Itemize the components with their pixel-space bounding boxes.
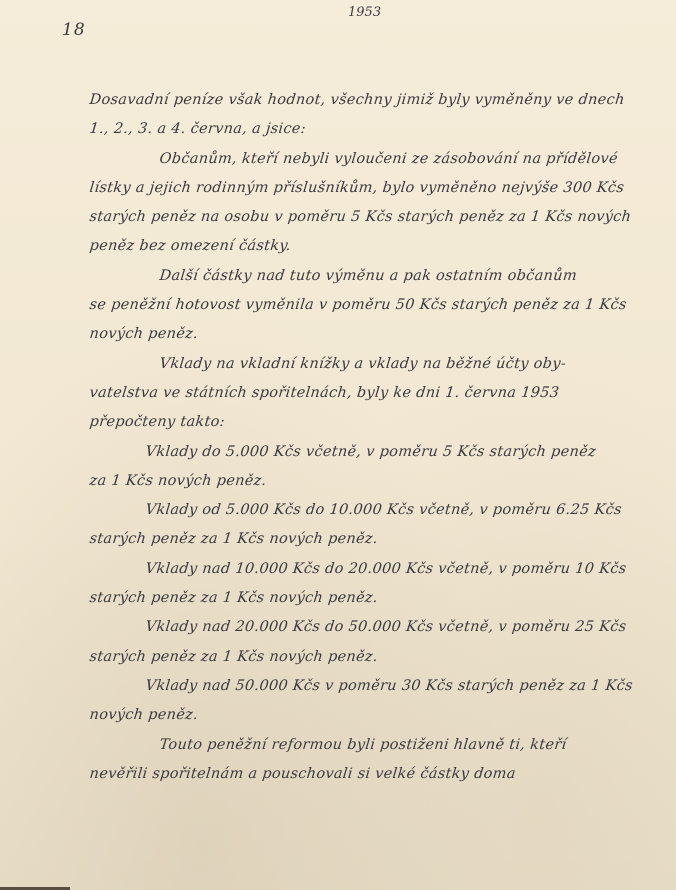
text-line: Občanům, kteří nebyli vyloučeni ze zásob… xyxy=(88,145,651,174)
text-line: peněz bez omezení částky. xyxy=(88,232,651,261)
text-line: Dosavadní peníze však hodnot, všechny ji… xyxy=(88,86,651,115)
text-line: Vklady nad 50.000 Kčs v poměru 30 Kčs st… xyxy=(88,672,651,701)
text-line: lístky a jejich rodinným příslušníkům, b… xyxy=(88,174,651,203)
text-line: starých peněz na osobu v poměru 5 Kčs st… xyxy=(88,203,651,232)
text-line: za 1 Kčs nových peněz. xyxy=(88,467,651,496)
text-line: nových peněz. xyxy=(88,320,651,349)
text-line: Touto peněžní reformou byli postiženi hl… xyxy=(88,731,651,760)
text-line: Další částky nad tuto výměnu a pak ostat… xyxy=(88,262,651,291)
text-line: Vklady nad 20.000 Kčs do 50.000 Kčs včet… xyxy=(88,613,651,642)
text-line: Vklady od 5.000 Kčs do 10.000 Kčs včetně… xyxy=(88,496,651,525)
text-line: 1., 2., 3. a 4. června, a jsice: xyxy=(88,115,651,144)
manuscript-page: 18 1953 Dosavadní peníze však hodnot, vš… xyxy=(0,0,676,890)
text-line: Vklady do 5.000 Kčs včetně, v poměru 5 K… xyxy=(88,438,651,467)
text-line: starých peněz za 1 Kčs nových peněz. xyxy=(88,584,651,613)
handwritten-body: Dosavadní peníze však hodnot, všechny ji… xyxy=(88,86,648,789)
text-line: starých peněz za 1 Kčs nových peněz. xyxy=(88,525,651,554)
year-header: 1953 xyxy=(348,5,381,20)
text-line: nevěřili spořitelnám a pouschovali si ve… xyxy=(88,760,651,789)
text-line: nových peněz. xyxy=(88,701,651,730)
text-line: vatelstva ve státních spořitelnách, byly… xyxy=(88,379,651,408)
text-line: starých peněz za 1 Kčs nových peněz. xyxy=(88,643,651,672)
text-line: přepočteny takto: xyxy=(88,408,651,437)
text-line: se peněžní hotovost vyměnila v poměru 50… xyxy=(88,291,651,320)
text-line: Vklady nad 10.000 Kčs do 20.000 Kčs včet… xyxy=(88,555,651,584)
page-number: 18 xyxy=(62,20,86,40)
text-line: Vklady na vkladní knížky a vklady na běž… xyxy=(88,350,651,379)
